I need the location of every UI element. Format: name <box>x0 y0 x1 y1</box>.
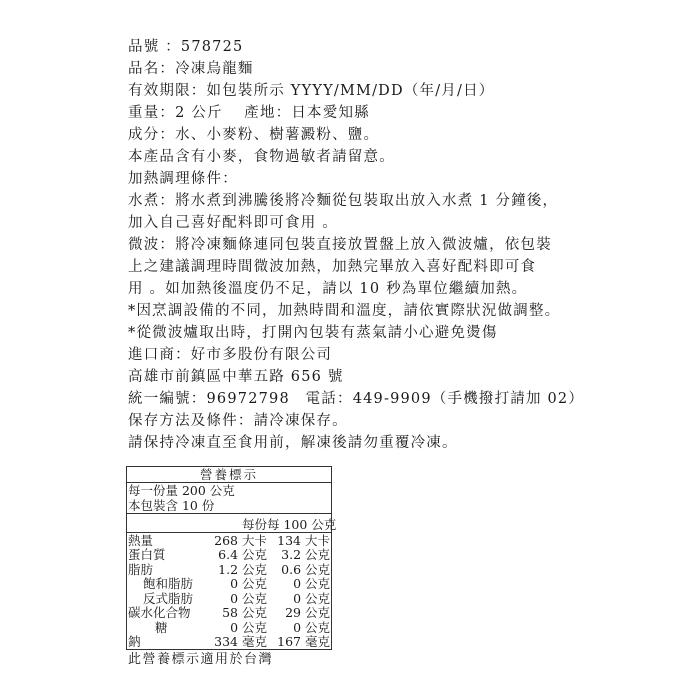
table-row: 鈉 334 毫克 167 毫克 <box>127 635 331 650</box>
table-row: 碳水化合物 58 公克 29 公克 <box>127 606 331 621</box>
nutrition-footnote: 此營養標示適用於台灣 <box>128 648 273 667</box>
per-100g-value: 134 大卡 <box>267 533 330 548</box>
per-100g-value: 0 公克 <box>267 591 330 606</box>
serving-info: 每一份量 200 公克 本包裝含 10 份 <box>127 483 331 514</box>
per-100g-value: 0 公克 <box>267 620 330 635</box>
per-serving-value: 0 公克 <box>210 591 267 606</box>
nutrition-table: 營養標示 每一份量 200 公克 本包裝含 10 份 每份 每 100 公克 熱… <box>126 466 332 650</box>
nutrition-title: 營養標示 <box>127 467 331 483</box>
per-serving-value: 58 公克 <box>210 605 267 620</box>
storage-method: 保存方法及條件：請冷凍保存。 <box>128 410 598 432</box>
per-serving-value: 0 公克 <box>210 620 267 635</box>
weight-origin: 重量：2 公斤 產地：日本愛知縣 <box>128 102 598 124</box>
importer: 進口商：好市多股份有限公司 <box>128 344 598 366</box>
boil-instructions-1: 水煮：將水煮到沸騰後將冷麵從包裝取出放入水煮 1 分鐘後， <box>128 190 598 212</box>
per-serving-value: 268 大卡 <box>210 533 267 548</box>
product-name: 品名：冷凍烏龍麵 <box>128 58 598 80</box>
per-100g-value: 0 公克 <box>267 576 330 591</box>
table-row: 熱量 268 大卡 134 大卡 <box>127 533 331 548</box>
table-row: 反式脂肪 0 公克 0 公克 <box>127 591 331 606</box>
nutrient-name: 糖 <box>127 620 210 635</box>
nutrition-header-row: 每份 每 100 公克 <box>127 514 331 533</box>
nutrient-name: 鈉 <box>127 634 210 649</box>
cooking-heading: 加熱調理條件： <box>128 168 598 190</box>
allergen-notice: 本產品含有小麥，食物過敏者請留意。 <box>128 146 598 168</box>
per-100g-value: 29 公克 <box>267 605 330 620</box>
nutrient-name: 碳水化合物 <box>127 605 210 620</box>
table-row: 飽和脂肪 0 公克 0 公克 <box>127 577 331 592</box>
microwave-instructions-1: 微波：將冷凍麵條連同包裝直接放置盤上放入微波爐，依包裝 <box>128 234 598 256</box>
nutrient-name: 反式脂肪 <box>127 591 210 606</box>
microwave-instructions-3: 用 。如加熱後溫度仍不足，請以 10 秒為單位繼續加熱。 <box>128 278 598 300</box>
boil-instructions-2: 加入自己喜好配料即可食用 。 <box>128 212 598 234</box>
per-100g-value: 0.6 公克 <box>267 562 330 577</box>
nutrient-name: 飽和脂肪 <box>127 576 210 591</box>
steam-warning: *從微波爐取出時，打開內包裝有蒸氣請小心避免燙傷 <box>128 322 598 344</box>
expiry-date: 有效期限：如包裝所示 YYYY/MM/DD（年/月/日） <box>128 80 598 102</box>
refreeze-warning: 請保持冷凍直至食用前，解凍後請勿重覆冷凍。 <box>128 432 598 454</box>
importer-address: 高雄市前鎮區中華五路 656 號 <box>128 366 598 388</box>
equipment-note: *因烹調設備的不同，加熱時間和溫度，請依實際狀況做調整。 <box>128 300 598 322</box>
per-serving-value: 1.2 公克 <box>210 562 267 577</box>
per-100g-value: 3.2 公克 <box>267 547 330 562</box>
table-row: 糖 0 公克 0 公克 <box>127 620 331 635</box>
ingredients: 成分：水、小麥粉、樹薯澱粉、鹽。 <box>128 124 598 146</box>
serving-size: 每一份量 200 公克 <box>128 483 331 498</box>
per-serving-value: 0 公克 <box>210 576 267 591</box>
product-number: 品號 ：578725 <box>128 36 598 58</box>
table-row: 脂肪 1.2 公克 0.6 公克 <box>127 562 331 577</box>
col-per-100g: 每 100 公克 <box>267 517 330 532</box>
per-serving-value: 334 毫克 <box>210 634 267 649</box>
servings-per-pack: 本包裝含 10 份 <box>128 498 331 513</box>
nutrient-name: 脂肪 <box>127 562 210 577</box>
tax-id-phone: 統一編號：96972798 電話：449-9909（手機撥打請加 02） <box>128 388 598 410</box>
microwave-instructions-2: 上之建議調理時間微波加熱，加熱完畢放入喜好配料即可食 <box>128 256 598 278</box>
nutrient-name: 蛋白質 <box>127 547 210 562</box>
product-info: 品號 ：578725 品名：冷凍烏龍麵 有效期限：如包裝所示 YYYY/MM/D… <box>128 36 598 454</box>
nutrient-name: 熱量 <box>127 533 210 548</box>
per-100g-value: 167 毫克 <box>267 634 330 649</box>
per-serving-value: 6.4 公克 <box>210 547 267 562</box>
col-per-serving: 每份 <box>210 517 267 532</box>
table-row: 蛋白質 6.4 公克 3.2 公克 <box>127 548 331 563</box>
